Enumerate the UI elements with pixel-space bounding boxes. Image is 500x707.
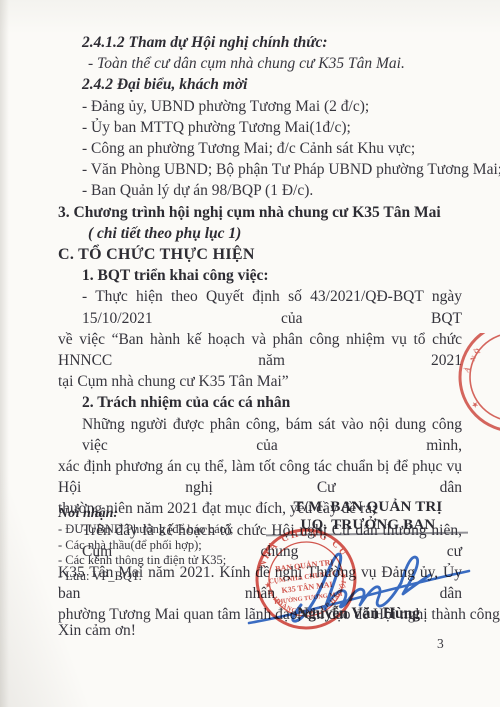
- task1-line: - Thực hiện theo Quyết định số 43/2021/Q…: [58, 286, 462, 328]
- guest-item: - Ủy ban MTTQ phường Tương Mai(1đ/c);: [58, 117, 462, 138]
- task2-line: Những người được phân công, bám sát vào …: [58, 414, 462, 456]
- heading-implementation: C. TỔ CHỨC THỰC HIỆN: [58, 244, 462, 265]
- heading-task2: 2. Trách nhiệm của các cá nhân: [58, 392, 462, 413]
- recipient-item: - Lưu: VP_BQT.: [58, 569, 273, 585]
- heading-program: 3. Chương trình hội nghị cụm nhà chung c…: [58, 202, 462, 223]
- task1-line: tại Cụm nhà chung cư K35 Tân Mai”: [58, 371, 462, 392]
- recipients-heading: Nơi nhận:: [58, 505, 273, 522]
- guest-item: - Văn Phòng UBND; Bộ phận Tư Pháp UBND p…: [58, 159, 462, 180]
- heading-guests: 2.4.2 Đại biểu, khách mời: [58, 74, 462, 95]
- heading-attendance: 2.4.1.2 Tham dự Hội nghị chính thức:: [58, 32, 462, 53]
- recipient-item: - Các kênh thông tin điện tử K35;: [58, 553, 273, 569]
- handwritten-signature: [243, 541, 475, 639]
- guest-item: - Ban Quản lý dự án 98/BQP (1 Đ/c).: [58, 180, 462, 201]
- task1-line: về việc “Ban hành kế hoạch và phân công …: [58, 329, 462, 371]
- guest-item: - Đảng ủy, UBND phường Tương Mai (2 đ/c)…: [58, 96, 462, 117]
- recipients-block: Nơi nhận: - ĐU-UBND Phường (để báo cáo);…: [58, 505, 273, 584]
- program-note: ( chi tiết theo phụ lục 1): [58, 223, 462, 244]
- edge-stamp-fragment: ★ À NỘ: [448, 333, 500, 443]
- page-number: 3: [437, 636, 444, 652]
- attendance-item: - Toàn thể cư dân cụm nhà chung cư K35 T…: [58, 53, 462, 74]
- recipient-item: - ĐU-UBND Phường (để báo cáo);: [58, 522, 273, 538]
- signature-stroke: [401, 557, 430, 594]
- recipient-item: - Các nhà thầu(để phối hợp);: [58, 538, 273, 554]
- signer-name: Nguyễn Văn Hùng: [266, 605, 451, 623]
- on-behalf-line: T/M. BAN QUẢN TRỊ: [272, 499, 464, 517]
- task2-line: xác định phương án cụ thể, làm tốt công …: [58, 456, 462, 498]
- guest-item: - Công an phường Tương Mai; đ/c Cảnh sát…: [58, 138, 462, 159]
- heading-task1: 1. BQT triển khai công việc:: [58, 265, 462, 286]
- scanned-document-page: 2.4.1.2 Tham dự Hội nghị chính thức: - T…: [0, 0, 500, 707]
- edge-stamp-letters: À NỘ: [463, 344, 484, 374]
